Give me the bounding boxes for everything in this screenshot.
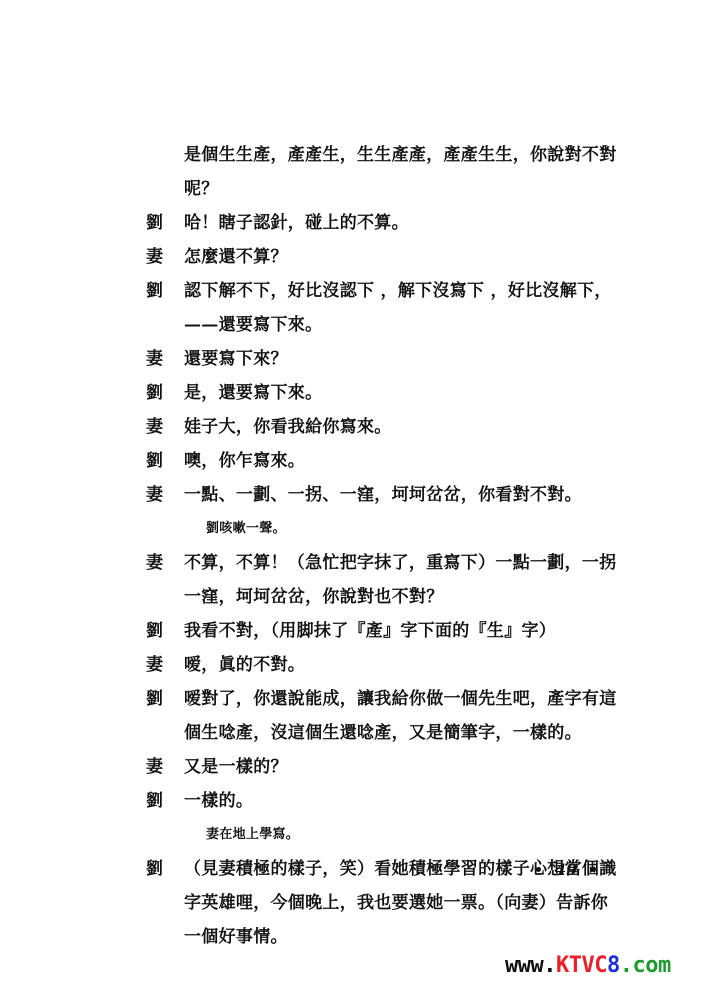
dialogue-line: 妻一點、一劃、一拐、一窪，坷坷岔岔，你看對不對。: [146, 478, 626, 512]
dialogue-line: 劉是，還要寫下來。: [146, 376, 626, 410]
dialogue-text: ——還要寫下來。: [184, 308, 626, 342]
watermark: www.KTVC8.com: [505, 953, 671, 978]
speaker-label: 劉: [146, 444, 184, 478]
dialogue-line: 一窪，坷坷岔岔，你說對也不對？: [146, 580, 626, 614]
dialogue-text: 嗳對了，你還說能成，讓我給你做一個先生吧，產字有這: [184, 682, 626, 716]
dialogue-text: 娃子大，你看我給你寫來。: [184, 410, 626, 444]
speaker-label: 劉: [146, 614, 184, 648]
dialogue-text: 是，還要寫下來。: [184, 376, 626, 410]
dialogue-line: 妻還要寫下來？: [146, 342, 626, 376]
dialogue-text: 不算，不算！（急忙把字抹了，重寫下）一點一劃，一拐: [184, 546, 626, 580]
dialogue-line: 劉嗳對了，你還說能成，讓我給你做一個先生吧，產字有這: [146, 682, 626, 716]
dialogue-text: 又是一樣的？: [184, 750, 626, 784]
watermark-part: KTVC: [556, 953, 607, 978]
dialogue-line: 妻嗳，眞的不對。: [146, 648, 626, 682]
stage-direction-text: 劉咳嗽一聲。: [184, 512, 626, 546]
dialogue-text: 怎麼還不算？: [184, 240, 626, 274]
dialogue-text: 個生唸產，沒這個生還唸產，又是簡筆字，一樣的。: [184, 716, 626, 750]
dialogue-text: 呢？: [184, 172, 626, 206]
dialogue-text: 哈！瞎子認針，碰上的不算。: [184, 206, 626, 240]
speaker-label: 劉: [146, 274, 184, 308]
dialogue-line: 一個好事情。: [146, 920, 626, 954]
dialogue-text: 一點、一劃、一拐、一窪，坷坷岔岔，你看對不對。: [184, 478, 626, 512]
stage-direction: 劉咳嗽一聲。: [146, 512, 626, 546]
dialogue-text: 一樣的。: [184, 784, 626, 818]
speaker-label: 妻: [146, 546, 184, 580]
dialogue-line: 劉哈！瞎子認針，碰上的不算。: [146, 206, 626, 240]
book-page: 是個生生產，產產生，生生產產，產產生生，你說對不對 呢？ 劉哈！瞎子認針，碰上的…: [0, 0, 710, 981]
dialogue-text: 認下解不下，好比沒認下 ，解下沒寫下 ，好比沒解下，: [184, 274, 626, 308]
dialogue-text: 我看不對，（用脚抹了『產』字下面的『生』字）: [184, 614, 626, 648]
dialogue-line: 妻不算，不算！（急忙把字抹了，重寫下）一點一劃，一拐: [146, 546, 626, 580]
speaker-label: 劉: [146, 784, 184, 818]
speaker-label: 妻: [146, 648, 184, 682]
bullet-dot-icon: [536, 867, 541, 872]
watermark-part: www.: [505, 953, 556, 978]
speaker-label: 妻: [146, 750, 184, 784]
dialogue-line: 劉認下解不下，好比沒認下 ，解下沒寫下 ，好比沒解下，: [146, 274, 626, 308]
dialogue-text: 嗳，眞的不對。: [184, 648, 626, 682]
speaker-label: 妻: [146, 342, 184, 376]
speaker-label: 妻: [146, 478, 184, 512]
dialogue-line: 妻娃子大，你看我給你寫來。: [146, 410, 626, 444]
dialogue-line: 劉一樣的。: [146, 784, 626, 818]
dialogue-text: 還要寫下來？: [184, 342, 626, 376]
dialogue-line: 個生唸產，沒這個生還唸產，又是簡筆字，一樣的。: [146, 716, 626, 750]
stage-direction: 妻在地上學寫。: [146, 818, 626, 852]
speaker-label: 劉: [146, 206, 184, 240]
speaker-label: 劉: [146, 682, 184, 716]
dialogue-line: 是個生生產，產產生，生生產產，產產生生，你說對不對: [146, 138, 626, 172]
page-number: 49: [536, 860, 596, 879]
dialogue-text: 字英雄哩，今個晚上，我也要選她一票。（向妻）告訴你: [184, 886, 626, 920]
speaker-label: 劉: [146, 852, 184, 886]
dialogue-text: 是個生生產，產產生，生生產產，產產生生，你說對不對: [184, 138, 626, 172]
bullet-dot-icon: [591, 867, 596, 872]
dialogue-line: 劉我看不對，（用脚抹了『產』字下面的『生』字）: [146, 614, 626, 648]
dialogue-text: 噢，你乍寫來。: [184, 444, 626, 478]
dialogue-line: 妻怎麼還不算？: [146, 240, 626, 274]
speaker-label: 妻: [146, 410, 184, 444]
dialogue-line: 妻又是一樣的？: [146, 750, 626, 784]
speaker-label: 劉: [146, 376, 184, 410]
dialogue-text: 一窪，坷坷岔岔，你說對也不對？: [184, 580, 626, 614]
dialogue-line: 劉噢，你乍寫來。: [146, 444, 626, 478]
page-number-text: 49: [555, 860, 577, 879]
speaker-label: 妻: [146, 240, 184, 274]
dialogue-line: ——還要寫下來。: [146, 308, 626, 342]
script-dialogue: 是個生生產，產產生，生生產產，產產生生，你說對不對 呢？ 劉哈！瞎子認針，碰上的…: [146, 138, 626, 954]
watermark-part: 8: [607, 953, 620, 978]
stage-direction-text: 妻在地上學寫。: [184, 818, 626, 852]
watermark-part: .com: [620, 953, 671, 978]
dialogue-text: 一個好事情。: [184, 920, 626, 954]
dialogue-line: 字英雄哩，今個晚上，我也要選她一票。（向妻）告訴你: [146, 886, 626, 920]
dialogue-line: 呢？: [146, 172, 626, 206]
